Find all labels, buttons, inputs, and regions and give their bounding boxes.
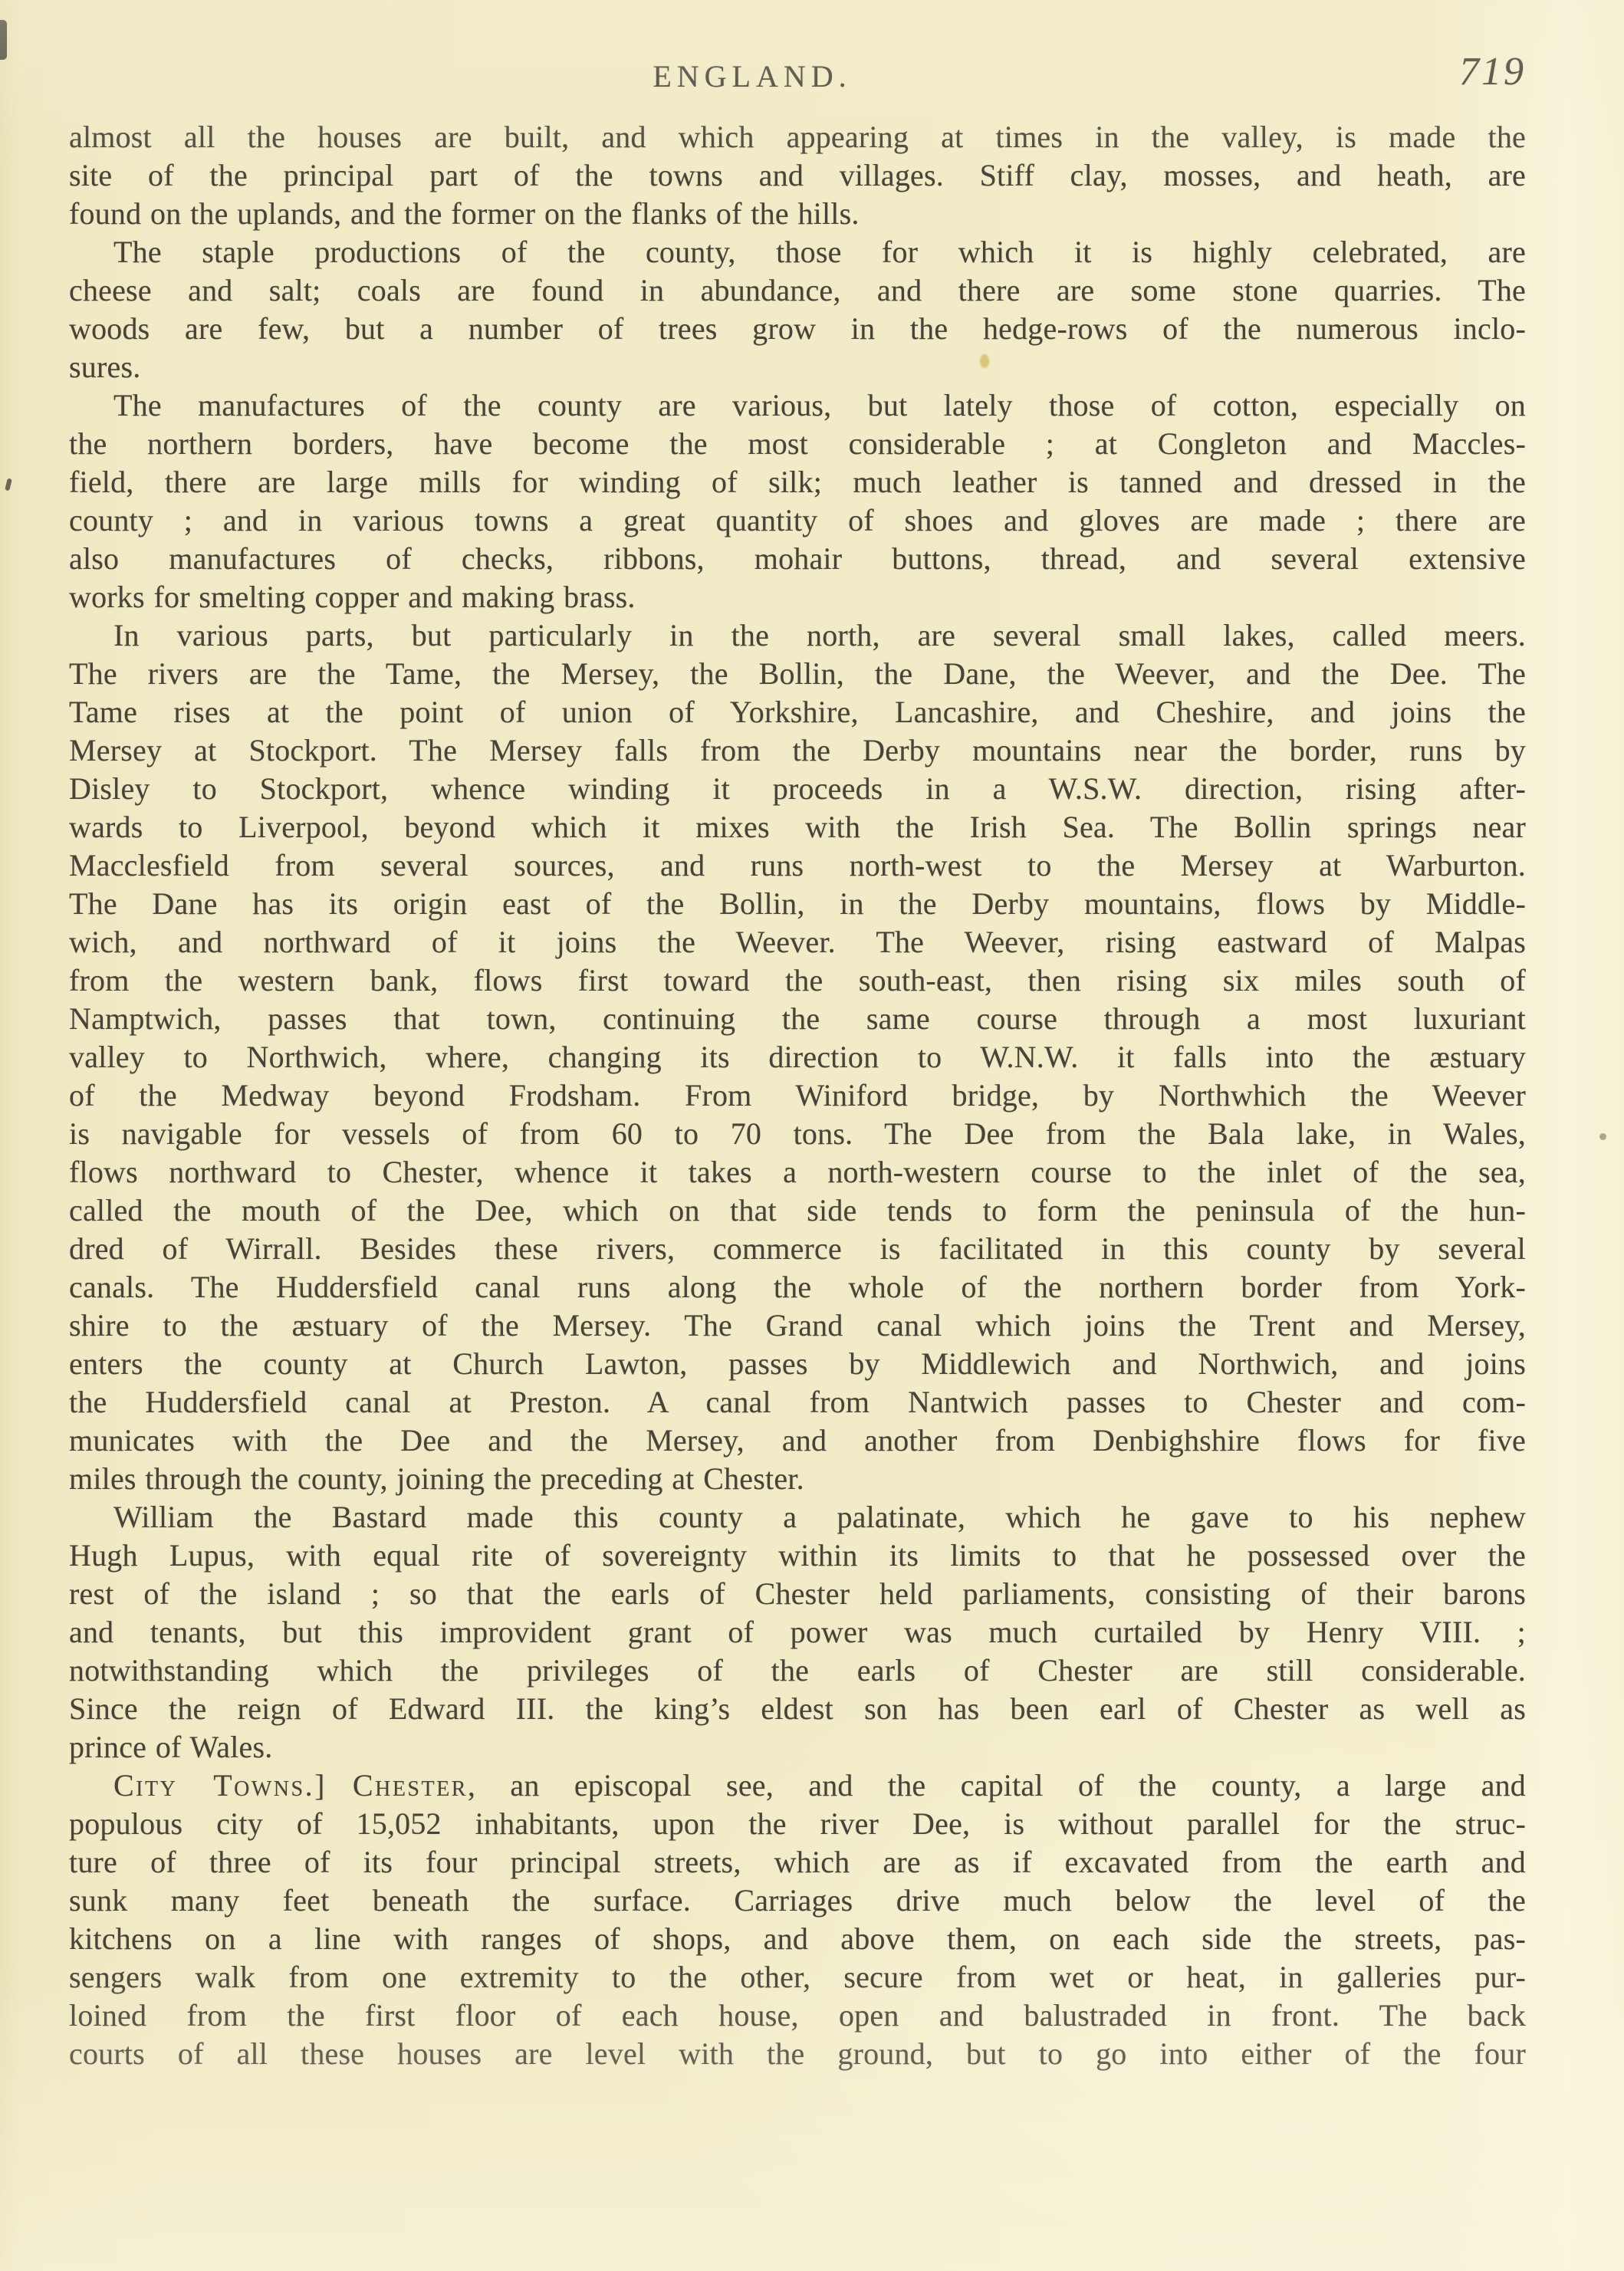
text-line: sunk many feet beneath the surface. Carr… [69,1882,1526,1920]
text-line: field, there are large mills for winding… [69,463,1526,501]
text-line: kitchens on a line with ranges of shops,… [69,1920,1526,1958]
text-line: works for smelting copper and making bra… [69,578,1526,616]
text-line: is navigable for vessels of from 60 to 7… [69,1115,1526,1153]
smallcaps-text: Chester [353,1768,468,1803]
text-line: wich, and northward of it joins the Weev… [69,923,1526,961]
text-line: county ; and in various towns a great qu… [69,501,1526,540]
text-line: loined from the first floor of each hous… [69,1997,1526,2035]
text-line: Disley to Stockport, whence winding it p… [69,770,1526,808]
text-line: enters the county at Church Lawton, pass… [69,1345,1526,1383]
text-line: ture of three of its four principal stre… [69,1843,1526,1882]
paragraph: almost all the houses are built, and whi… [69,118,1526,233]
text-line: sures. [69,348,1526,386]
text-line: sengers walk from one extremity to the o… [69,1958,1526,1997]
text-line: The manufactures of the county are vario… [69,386,1526,425]
paragraph: William the Bastard made this county a p… [69,1498,1526,1767]
running-title: ENGLAND. [69,58,1435,94]
smallcaps-text: City Towns.] [113,1768,327,1803]
scan-edge-notch [0,20,7,60]
ink-speck [5,478,12,491]
text-line: populous city of 15,052 inhabitants, upo… [69,1805,1526,1843]
text-line: notwithstanding which the privileges of … [69,1651,1526,1690]
text-line: Since the reign of Edward III. the king’… [69,1690,1526,1728]
text-line: site of the principal part of the towns … [69,156,1526,195]
page-header: ENGLAND. 719 [69,49,1527,103]
text-line: cheese and salt; coals are found in abun… [69,271,1526,310]
text-line: canals. The Huddersfield canal runs alon… [69,1268,1526,1306]
text-line: Macclesfield from several sources, and r… [69,846,1526,885]
text-line: miles through the county, joining the pr… [69,1460,1526,1498]
text-line: shire to the æstuary of the Mersey. The … [69,1306,1526,1345]
text-line: the Huddersfield canal at Preston. A can… [69,1383,1526,1421]
text-line: from the western bank, flows first towar… [69,961,1526,1000]
paper-speck [1599,1133,1606,1140]
book-page: ENGLAND. 719 almost all the houses are b… [0,0,1624,2271]
text-line: The Dane has its origin east of the Boll… [69,885,1526,923]
text-line: prince of Wales. [69,1728,1526,1767]
text-line: The staple productions of the county, th… [69,233,1526,271]
paragraph: In various parts, but particularly in th… [69,616,1526,1498]
text-line: The rivers are the Tame, the Mersey, the… [69,655,1526,693]
text-line: Mersey at Stockport. The Mersey falls fr… [69,731,1526,770]
text-line: flows northward to Chester, whence it ta… [69,1153,1526,1191]
text-line: also manufactures of checks, ribbons, mo… [69,540,1526,578]
text-line: Hugh Lupus, with equal rite of sovereign… [69,1536,1526,1575]
text-line: and tenants, but this improvident grant … [69,1613,1526,1651]
paragraph: The staple productions of the county, th… [69,233,1526,386]
text-line: dred of Wirrall. Besides these rivers, c… [69,1230,1526,1268]
text-line: William the Bastard made this county a p… [69,1498,1526,1536]
text-line: woods are few, but a number of trees gro… [69,310,1526,348]
text-line: valley to Northwich, where, changing its… [69,1038,1526,1076]
page-number: 719 [1459,49,1526,94]
text-line: municates with the Dee and the Mersey, a… [69,1421,1526,1460]
text-line: found on the uplands, and the former on … [69,195,1526,233]
text-line: rest of the island ; so that the earls o… [69,1575,1526,1613]
text-line: Tame rises at the point of union of York… [69,693,1526,731]
text-block: almost all the houses are built, and whi… [69,118,1526,2073]
text-line: of the Medway beyond Frodsham. From Wini… [69,1076,1526,1115]
text-line: wards to Liverpool, beyond which it mixe… [69,808,1526,846]
paragraph: City Towns.]Chester, an episcopal see, a… [69,1767,1526,2073]
text-line: Namptwich, passes that town, continuing … [69,1000,1526,1038]
paragraph: The manufactures of the county are vario… [69,386,1526,616]
text-line: City Towns.]Chester, an episcopal see, a… [69,1767,1526,1805]
text-line: the northern borders, have become the mo… [69,425,1526,463]
text-line: courts of all these houses are level wit… [69,2035,1526,2073]
text-line: called the mouth of the Dee, which on th… [69,1191,1526,1230]
text-segment: , an episcopal see, and the capital of t… [468,1768,1526,1803]
text-line: almost all the houses are built, and whi… [69,118,1526,156]
text-line: In various parts, but particularly in th… [69,616,1526,655]
